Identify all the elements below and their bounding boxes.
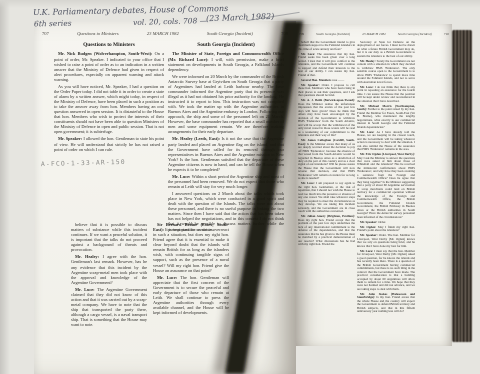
right-running-head: 709 South Georgia (Incident) 23 MARCH 19…: [299, 32, 449, 36]
running-title-left: Questions to Ministers: [77, 31, 119, 36]
hansard-paragraph: We were informed on 20 March by the comm…: [168, 74, 284, 135]
column-707: Questions to Ministers Mr. Nick Budgen (…: [54, 42, 164, 158]
speaker-name: Mr. Julian Amery (Brighton, Pavilion):: [301, 214, 355, 218]
speaker-name: Mr. Nick Budgen (Wolverhampton, South-We…: [58, 51, 155, 56]
hansard-paragraph: believe that it is possible to discuss m…: [71, 222, 147, 252]
speaker-name: Mr. Luce:: [75, 287, 97, 292]
hansard-paragraph: The Minister of State, Foreign and Commo…: [168, 51, 284, 71]
hansard-paragraph: behalf that the Government intend to giv…: [298, 41, 355, 51]
hansard-paragraph: Mr. Luce: I do not think that there is a…: [357, 86, 415, 103]
section-heading-questions: Questions to Ministers: [54, 42, 164, 48]
left-page: 707 Questions to Ministers 23 MARCH 1982…: [34, 21, 296, 374]
speaker-name: Mr. Speaker:: [360, 220, 378, 224]
hansard-paragraph: Mr. Healey: I agree with the hon. Gentle…: [71, 254, 147, 284]
hansard-paragraph: Mr. Luce: I must say that the hon. Membe…: [357, 250, 415, 292]
speaker-name: Mr. Speaker:: [58, 136, 83, 141]
scanned-hansard-photocopy: { "colors": { "background": "#e6e5e0", "…: [0, 0, 480, 374]
hansard-paragraph: Sir Bernard Braine (Essex, South-East): …: [153, 222, 229, 273]
column-number-right: 710: [444, 32, 449, 36]
hansard-paragraph: Mr. Ogden: May I finish my right hon. Fr…: [357, 226, 415, 233]
hansard-paragraph: Mr. Luce: The Argentine Government claim…: [71, 287, 147, 328]
running-title-right: South Georgia (Incident): [398, 32, 432, 36]
hansard-paragraph: Mr. Luce: The hon. Gentleman will apprec…: [153, 275, 229, 316]
hansard-paragraph: As you will have noticed, Mr. Speaker, I…: [54, 84, 164, 135]
speaker-name: Mr. Eric Ogden (Liverpool, West Derby):: [360, 152, 415, 156]
hansard-paragraph: Several Hon. Members rose ——: [298, 79, 355, 82]
hansard-paragraph: Mr. Eric Ogden (Liverpool, West Derby): …: [357, 153, 415, 219]
speaker-name: Mr. James Callaghan (Cardiff, South-East…: [298, 138, 355, 145]
speaker-name: Mr. John Stokes (Halesowen and Stourbrid…: [357, 292, 415, 299]
hansard-paragraph: Mr. John Stokes (Halesowen and Stourbrid…: [357, 293, 415, 314]
hansard-paragraph: Mr. Luce: The assurance that my hon. Fri…: [298, 53, 355, 77]
hansard-paragraph: Mr. Julian Amery (Brighton, Pavilion): D…: [298, 215, 355, 246]
column-number-left: 709: [299, 32, 304, 36]
hansard-paragraph: Mr. Luce: I am prepared to say again to …: [298, 182, 355, 213]
hansard-paragraph: Mr. Healey: Surely the Government are no…: [357, 60, 415, 84]
speaker-name: Mr. Healey:: [75, 254, 102, 259]
hansard-paragraph: Secretary of State for Defence on the de…: [357, 41, 415, 58]
speaker-name: Mr. Healey (Leeds, East):: [172, 136, 221, 141]
speaker-name: Mr. A. J. Beith (Berwick-upon-Tweed):: [301, 98, 355, 102]
hansard-paragraph: Mr. Michael Morris (Northampton, South):…: [357, 105, 415, 129]
scan-left-edge-shading: [0, 0, 10, 374]
hansard-paragraph: Mr. James Callaghan (Cardiff, South-East…: [298, 139, 355, 181]
speaker-name: Sir Bernard Braine (Essex, South-East):: [153, 222, 229, 232]
hansard-paragraph: Mr. Speaker: Order.: [357, 221, 415, 224]
speaker-name: Mr. Speaker:: [360, 233, 379, 237]
hansard-paragraph: Mr. Luce: Within a short period the Arge…: [168, 174, 284, 189]
speaker-name: Mr. Speaker:: [301, 83, 322, 87]
column-number-left: 707: [42, 31, 49, 36]
running-date: 23 MARCH 1982: [362, 32, 386, 36]
speaker-name: Mr. Luce:: [172, 174, 192, 179]
hansard-paragraph: Mr. Healey (Leeds, East): Is it not the …: [168, 136, 284, 171]
column-710: Secretary of State for Defence on the de…: [357, 41, 415, 334]
left-running-head: 707 Questions to Ministers 23 MARCH 1982…: [42, 31, 288, 36]
running-title-left: South Georgia (Incident): [316, 32, 350, 36]
hansard-paragraph: Mr. Luce: As I have already told the Hou…: [357, 131, 415, 152]
archive-stamp: A-FCO-1-33-AR-150: [41, 159, 126, 168]
running-title-right: South Georgia (Incident): [207, 31, 253, 36]
hansard-paragraph: Mr. Speaker: I allowed the hon. Gentlema…: [54, 136, 164, 151]
lower-columns: believe that it is possible to discuss m…: [71, 222, 229, 344]
speaker-name: Mr. Luce:: [360, 249, 374, 253]
speaker-name: Mr. Luce:: [360, 85, 375, 89]
hansard-paragraph: Mr. Speaker: Order. The hon. Member for …: [357, 234, 415, 248]
column-709: behalf that the Government intend to giv…: [298, 41, 355, 331]
speaker-name: Mr. Luce:: [301, 52, 317, 56]
right-page: 709 South Georgia (Incident) 23 MARCH 19…: [296, 24, 452, 346]
column-number-right: 708: [281, 31, 288, 36]
speaker-name: Mr. Luce:: [301, 181, 316, 185]
column-708: South Georgia (Incident) The Minister of…: [168, 42, 284, 238]
speaker-name: Mr. Michael Morris (Northampton, South):: [357, 104, 415, 111]
speaker-name: Several Hon. Members: [301, 78, 332, 82]
book-fore-edge: [452, 30, 472, 342]
handwritten-annotation-series: 6th series: [34, 19, 72, 29]
running-date: 23 MARCH 1982: [147, 31, 179, 36]
speaker-name: The Minister of State, Foreign and Commo…: [168, 51, 284, 61]
hansard-paragraph: Mr. Nick Budgen (Wolverhampton, South-We…: [54, 51, 164, 81]
speaker-name: Mr. Luce:: [360, 130, 377, 134]
section-heading-south-georgia: South Georgia (Incident): [168, 42, 284, 48]
hansard-paragraph: Mr. A. J. Beith (Berwick-upon-Tweed): Do…: [298, 99, 355, 137]
speaker-name: Mr. Healey:: [360, 59, 377, 63]
speaker-name: Mr. Ogden:: [360, 225, 378, 229]
hansard-paragraph: Mr. Speaker: Order. I propose to call th…: [298, 84, 355, 98]
speaker-name: Mr. Luce:: [157, 275, 180, 280]
